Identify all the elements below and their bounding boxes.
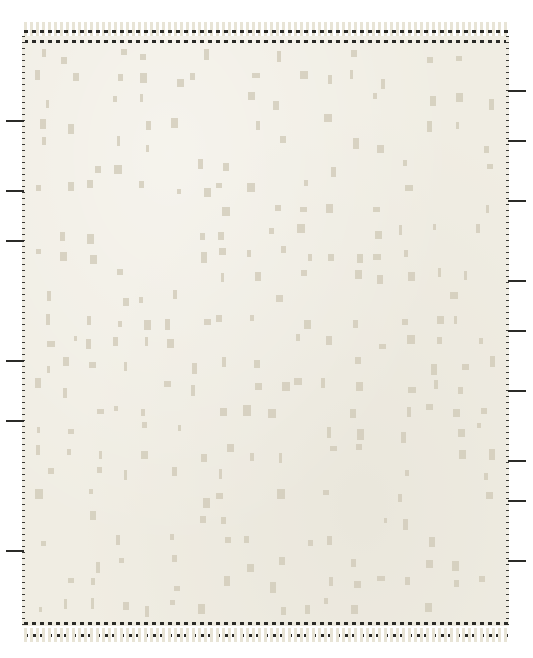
pattern-mark [384,518,387,523]
pattern-mark [47,341,55,346]
pattern-mark [117,269,123,275]
pattern-mark [462,364,469,370]
pattern-mark [124,470,127,480]
tie [6,420,24,422]
pattern-mark [321,378,325,388]
pattern-mark [357,429,364,440]
pattern-mark [433,224,436,230]
pattern-mark [221,517,226,524]
pattern-mark [124,362,127,371]
pattern-mark [398,494,402,502]
pattern-mark [164,381,170,386]
pattern-mark [404,250,408,257]
pattern-mark [42,137,46,145]
pattern-mark [408,272,415,281]
pattern-mark [42,49,46,57]
pattern-mark [252,73,260,78]
pattern-mark [114,406,118,411]
pattern-mark [408,387,416,393]
pattern-mark [198,159,203,169]
pattern-mark [458,387,463,394]
pattern-mark [256,121,260,130]
pattern-mark [224,576,230,586]
pattern-mark [297,224,305,233]
pattern-mark [330,446,337,451]
pattern-mark [142,422,147,428]
pattern-mark [68,578,74,584]
pattern-mark [146,145,150,152]
pattern-mark [373,254,381,260]
pattern-mark [91,578,95,585]
pattern-mark [357,254,364,263]
pattern-mark [279,557,285,565]
tie [6,550,24,552]
pattern-mark [64,599,67,609]
pattern-mark [407,335,414,344]
pattern-mark [190,73,195,79]
pattern-mark [91,598,94,609]
pattern-mark [36,185,41,191]
pattern-mark [324,598,328,604]
pattern-mark [247,183,255,192]
pattern-mark [487,164,493,169]
pattern-mark [305,605,311,615]
pattern-mark [464,271,467,281]
pattern-mark [221,273,224,282]
pattern-mark [405,577,409,585]
pattern-mark [426,560,434,568]
pattern-mark [204,188,211,196]
pattern-mark [144,320,151,330]
pattern-mark [450,292,458,299]
pattern-mark [223,163,229,170]
pattern-mark [219,469,223,479]
pattern-mark [281,246,286,253]
pattern-mark [377,576,385,581]
tie [6,190,24,192]
pattern-mark [225,537,231,543]
pattern-mark [351,559,355,567]
pattern-mark [141,409,145,416]
pattern-mark [268,409,276,419]
pattern-mark [426,404,433,411]
pattern-mark [60,232,65,241]
pattern-mark [36,445,40,455]
pattern-mark [269,228,274,234]
pattern-mark [167,339,173,347]
pattern-mark [477,423,481,428]
tie [508,390,526,392]
pattern-mark [68,124,74,134]
pattern-mark [141,451,149,459]
tie [508,90,526,92]
pattern-mark [222,207,229,216]
pattern-mark [452,561,459,571]
pattern-mark [89,489,93,495]
pattern-mark [216,493,223,499]
pattern-mark [328,254,334,261]
pattern-mark [327,536,332,545]
pattern-mark [99,451,102,459]
tie [6,360,24,362]
pattern-mark [459,450,466,459]
pattern-mark [351,50,358,57]
pattern-mark [48,468,54,475]
pattern-mark [247,250,251,257]
pattern-mark [114,165,122,174]
pattern-mark [145,337,148,347]
top-stitch-row [24,30,510,33]
pattern-mark [192,363,197,374]
pattern-mark [97,467,102,472]
pattern-mark [294,378,302,384]
left-selvedge [22,36,25,626]
pattern-mark [476,224,480,232]
pattern-mark [117,136,120,145]
pattern-mark [113,96,117,103]
tie [6,120,24,122]
pattern-mark [377,275,383,285]
pattern-mark [323,490,330,495]
pattern-mark [139,297,143,303]
pattern-mark [373,207,380,212]
pattern-mark [203,498,210,508]
pattern-mark [300,207,307,213]
pattern-mark [456,56,462,62]
pattern-mark [201,454,207,462]
pattern-mark [354,581,361,589]
pattern-mark [218,232,224,241]
pattern-mark [73,73,78,81]
pattern-mark [350,409,357,418]
pattern-mark [165,319,169,330]
pattern-mark [425,603,432,613]
pattern-mark [201,252,208,263]
pattern-mark [244,536,249,544]
pattern-mark [46,314,50,325]
pattern-mark [200,233,205,240]
pattern-mark [399,225,402,234]
pattern-mark [438,268,441,277]
tie [6,240,24,242]
pattern-mark [479,576,485,582]
pattern-mark [431,364,437,375]
pattern-mark [275,205,282,212]
pattern-mark [146,121,151,131]
pattern-mark [301,270,306,275]
pattern-mark [113,337,117,346]
pattern-mark [216,315,222,322]
pattern-mark [170,534,175,540]
pattern-mark [486,492,493,499]
pattern-mark [277,51,281,62]
pattern-mark [46,100,50,108]
pattern-mark [429,537,435,547]
pattern-mark [222,357,226,368]
pattern-mark [437,316,444,324]
pattern-mark [373,93,377,100]
pattern-mark [304,320,311,329]
pattern-mark [250,315,254,321]
pattern-mark [36,249,41,255]
pattern-mark [250,453,254,461]
pattern-mark [484,146,488,153]
pattern-mark [484,473,488,480]
pattern-mark [296,334,300,341]
pattern-mark [39,607,42,612]
bottom-stitch-row-inner [24,622,510,625]
pattern-mark [140,94,143,103]
pattern-mark [40,119,47,129]
pattern-mark [173,290,177,299]
pattern-mark [300,71,308,79]
pattern-mark [375,231,381,238]
pattern-mark [60,252,67,261]
pattern-mark [140,73,147,83]
tie [508,280,526,282]
pattern-mark [329,577,333,586]
pattern-mark [171,118,178,127]
pattern-mark [331,167,336,177]
pattern-mark [308,540,313,546]
pattern-mark [247,564,255,572]
pattern-mark [327,427,331,438]
pattern-mark [355,270,362,279]
pattern-mark [430,96,436,106]
pattern-mark [276,295,283,302]
pattern-mark [279,453,282,463]
rug-photo [0,0,533,658]
pattern-mark [379,344,387,350]
pattern-mark [172,467,176,475]
pattern-mark [63,388,67,398]
pattern-mark [170,600,175,605]
pattern-mark [308,254,312,261]
pattern-mark [121,49,126,55]
pattern-mark [437,337,443,343]
pattern-mark [351,605,358,615]
pattern-mark [326,336,331,345]
pattern-mark [282,382,290,390]
pattern-mark [255,383,262,390]
pattern-mark [405,185,413,191]
pattern-mark [140,54,145,60]
pattern-mark [456,93,463,102]
pattern-mark [243,405,250,416]
pattern-mark [353,320,358,328]
pattern-mark [86,339,90,350]
pattern-mark [324,114,332,122]
tie [508,500,526,502]
top-fringe [24,22,510,36]
rug-field [24,36,508,626]
pattern-mark [356,444,362,450]
pattern-mark [489,99,494,110]
pattern-mark [454,580,460,587]
pattern-mark [204,49,209,60]
pattern-mark [174,586,180,591]
pattern-mark [89,362,97,368]
pattern-mark [403,160,407,165]
pattern-mark [227,444,234,451]
pattern-mark [198,604,205,614]
pattern-mark [277,489,285,499]
pattern-mark [67,449,71,455]
pattern-mark [90,255,96,264]
pattern-mark [405,470,409,476]
pattern-mark [68,182,74,191]
pattern-mark [219,248,225,255]
pattern-mark [304,180,308,186]
pattern-mark [177,189,181,194]
pattern-mark [47,366,50,374]
pattern-mark [248,92,255,100]
tie [508,330,526,332]
pattern-mark [200,516,206,523]
pattern-mark [204,319,212,325]
pattern-mark [87,180,92,188]
pattern-mark [427,121,432,131]
pattern-mark [481,408,487,414]
pattern-mark [328,75,332,85]
pattern-mark [145,606,149,617]
pattern-mark [486,205,489,213]
pattern-mark [41,541,46,546]
pattern-mark [123,602,128,610]
pattern-mark [273,101,280,110]
pattern-mark [74,336,78,341]
pattern-mark [97,409,104,414]
pattern-mark [87,316,91,324]
pattern-mark [118,321,122,327]
pattern-mark [68,429,74,434]
pattern-mark [87,234,94,245]
pattern-mark [402,319,408,325]
tie [508,460,526,462]
pattern-mark [178,425,182,431]
pattern-mark [489,449,495,460]
pattern-mark [37,427,40,433]
pattern-mark [281,607,287,615]
pattern-mark [96,562,100,573]
pattern-mark [326,204,333,213]
pattern-mark [458,429,465,437]
pattern-mark [377,145,384,152]
pattern-mark [220,408,227,416]
pattern-mark [47,291,51,301]
pattern-mark [191,385,195,396]
pattern-mark [353,138,359,148]
pattern-mark [427,57,432,63]
pattern-mark [270,582,276,593]
pattern-mark [116,535,120,545]
pattern-mark [35,489,42,500]
pattern-mark [434,380,438,388]
pattern-mark [95,166,102,173]
pattern-mark [61,57,67,64]
pattern-mark [254,360,261,368]
bottom-fringe [24,628,510,642]
pattern-mark [401,432,406,443]
tie [508,200,526,202]
pattern-mark [177,79,184,88]
pattern-mark [255,272,261,281]
pattern-mark [454,316,458,324]
pattern-mark [479,338,483,345]
pattern-mark [119,558,124,564]
pattern-mark [172,555,177,562]
pattern-mark [456,122,460,129]
pattern-mark [403,519,408,530]
pattern-mark [350,70,354,79]
pattern-mark [35,378,41,388]
pattern-mark [356,382,363,391]
pattern-mark [35,70,40,79]
pattern-mark [63,357,68,366]
pattern-mark [118,74,122,80]
pattern-mark [139,181,144,189]
top-stitch-row-inner [24,40,510,43]
pattern-mark [490,356,495,367]
pattern-mark [381,79,385,89]
tie [508,140,526,142]
pattern-mark [355,357,362,364]
pattern-mark [123,298,128,306]
pattern-mark [453,409,460,416]
tie [508,560,526,562]
pattern-mark [280,136,286,143]
pattern-mark [216,183,222,188]
pattern-mark [90,511,96,520]
pattern-mark [407,407,411,417]
